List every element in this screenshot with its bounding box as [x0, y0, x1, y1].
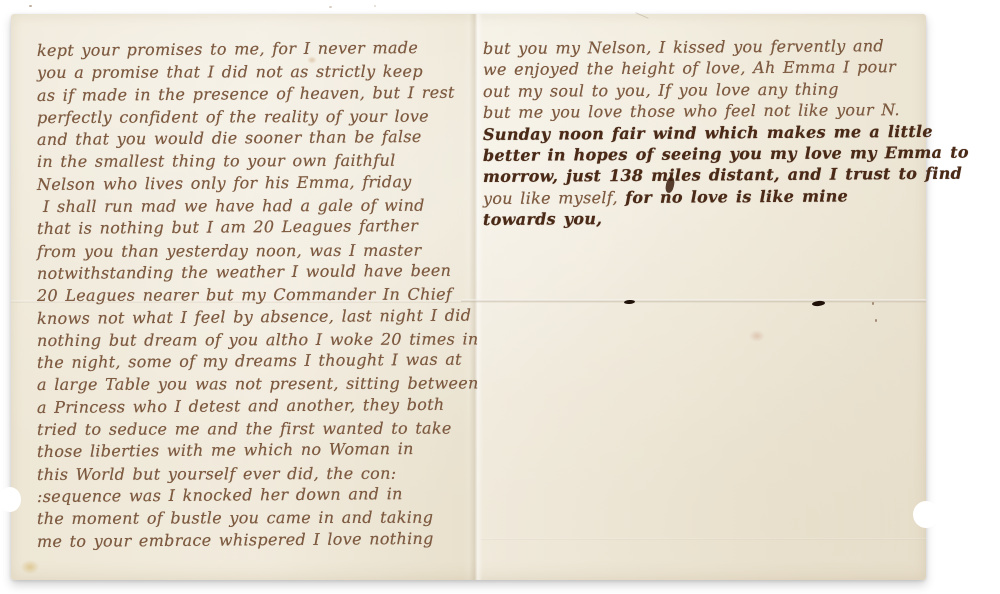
handwritten-line: you a promise that I did not as strictly…	[37, 61, 475, 85]
handwritten-line: kept your promises to me, for I never ma…	[37, 37, 475, 63]
letter-page-left: kept your promises to me, for I never ma…	[37, 40, 475, 553]
letter-photograph: kept your promises to me, for I never ma…	[0, 0, 1000, 594]
ink-spot	[812, 300, 825, 306]
handwriting-segment: a large Table you was not present, sitti…	[37, 374, 479, 395]
handwriting-segment: and that you would die sooner than be fa…	[37, 127, 422, 149]
handwriting-segment: kept your promises to me, for I never ma…	[37, 38, 418, 60]
handwritten-line: and that you would die sooner than be fa…	[37, 126, 475, 152]
handwritten-line: those liberties with me which no Woman i…	[37, 438, 475, 464]
handwriting-segment: out my soul to you, If you love any thin…	[483, 79, 839, 100]
handwriting-segment: towards you,	[483, 209, 602, 229]
edge-notch-right	[913, 501, 939, 528]
handwriting-segment: that is nothing but I am 20 Leagues fart…	[37, 216, 418, 238]
horizontal-fold-crease-right	[461, 299, 926, 302]
handwriting-segment: from you than yesterday noon, was I mast…	[37, 240, 421, 260]
handwriting-segment: I shall run mad we have had a gale of wi…	[43, 196, 425, 216]
handwritten-line: notwithstanding the weather I would have…	[37, 260, 475, 286]
handwriting-segment: knows not what I feel by absence, last n…	[37, 305, 471, 327]
handwriting-segment: you a promise that I did not as strictly…	[37, 62, 423, 82]
ink-fleck	[872, 302, 874, 305]
ink-spot	[624, 300, 635, 305]
handwriting-segment: in the smallest thing to your own faithf…	[37, 151, 396, 171]
handwritten-line: Sunday noon fair wind which makes me a l…	[483, 121, 928, 146]
letter-paper: kept your promises to me, for I never ma…	[11, 14, 926, 580]
handwritten-line: morrow, just 138 miles distant, and I tr…	[483, 163, 928, 188]
top-edge-crease	[635, 12, 648, 19]
handwriting-segment: Sunday noon fair wind which makes me a l…	[483, 121, 933, 143]
dust-speck	[374, 5, 376, 7]
handwriting-segment: better in hopes of seeing you my love my…	[483, 143, 969, 165]
handwritten-line: the moment of bustle you came in and tak…	[37, 507, 475, 531]
handwritten-line: knows not what I feel by absence, last n…	[37, 304, 475, 330]
dust-speck	[29, 5, 32, 7]
handwritten-line: towards you,	[483, 206, 928, 231]
handwriting-segment: me to your embrace whispered I love noth…	[37, 528, 434, 550]
handwriting-segment: you like myself,	[483, 188, 625, 208]
edge-notch-left	[0, 487, 21, 512]
handwriting-segment: but you my Nelson, I kissed you ferventl…	[483, 36, 884, 58]
handwriting-segment: for no love is like mine	[625, 186, 848, 207]
handwritten-line: me to your embrace whispered I love noth…	[37, 527, 475, 553]
handwriting-segment: tried to seduce me and the first wanted …	[37, 419, 452, 439]
dust-speck	[329, 6, 332, 8]
handwriting-segment: nothing but dream of you altho I woke 20…	[37, 329, 479, 350]
handwritten-line: we enjoyed the height of love, Ah Emma I…	[483, 56, 928, 81]
handwriting-segment: a Princess who I detest and another, the…	[37, 395, 445, 417]
handwritten-line: the night, some of my dreams I thought I…	[37, 349, 475, 375]
handwriting-segment: 20 Leagues nearer but my Commander In Ch…	[37, 285, 452, 305]
lower-crease	[481, 538, 926, 540]
handwriting-segment: :sequence was I knocked her down and in	[37, 484, 403, 506]
handwriting-segment: but me you love those who feel not like …	[483, 100, 900, 122]
handwriting-segment: Nelson who lives only for his Emma, frid…	[37, 172, 412, 194]
handwritten-line: Nelson who lives only for his Emma, frid…	[37, 170, 475, 196]
stain	[307, 56, 317, 64]
handwriting-segment: those liberties with me which no Woman i…	[37, 439, 414, 461]
handwritten-line: that is nothing but I am 20 Leagues fart…	[37, 215, 475, 241]
handwriting-segment: we enjoyed the height of love, Ah Emma I…	[483, 58, 896, 80]
handwriting-segment: as if made in the presence of heaven, bu…	[37, 82, 455, 104]
handwritten-line: but me you love those who feel not like …	[483, 99, 928, 124]
handwriting-segment: notwithstanding the weather I would have…	[37, 261, 451, 283]
ink-fleck	[875, 319, 877, 322]
letter-page-right: but you my Nelson, I kissed you ferventl…	[483, 38, 928, 231]
handwritten-line: :sequence was I knocked her down and in	[37, 482, 475, 508]
stain	[21, 560, 39, 574]
handwriting-segment: morrow, just 138 miles distant, and I tr…	[483, 164, 962, 186]
handwriting-segment: the night, some of my dreams I thought I…	[37, 350, 462, 372]
handwriting-segment: perfectly confident of the reality of yo…	[37, 107, 429, 127]
stain	[749, 330, 765, 342]
handwritten-line: a Princess who I detest and another, the…	[37, 393, 475, 419]
handwritten-line: 20 Leagues nearer but my Commander In Ch…	[37, 284, 475, 308]
handwriting-segment: the moment of bustle you came in and tak…	[37, 508, 433, 528]
handwritten-line: as if made in the presence of heaven, bu…	[37, 81, 475, 107]
handwriting-segment: this World but yourself ever did, the co…	[37, 463, 396, 483]
